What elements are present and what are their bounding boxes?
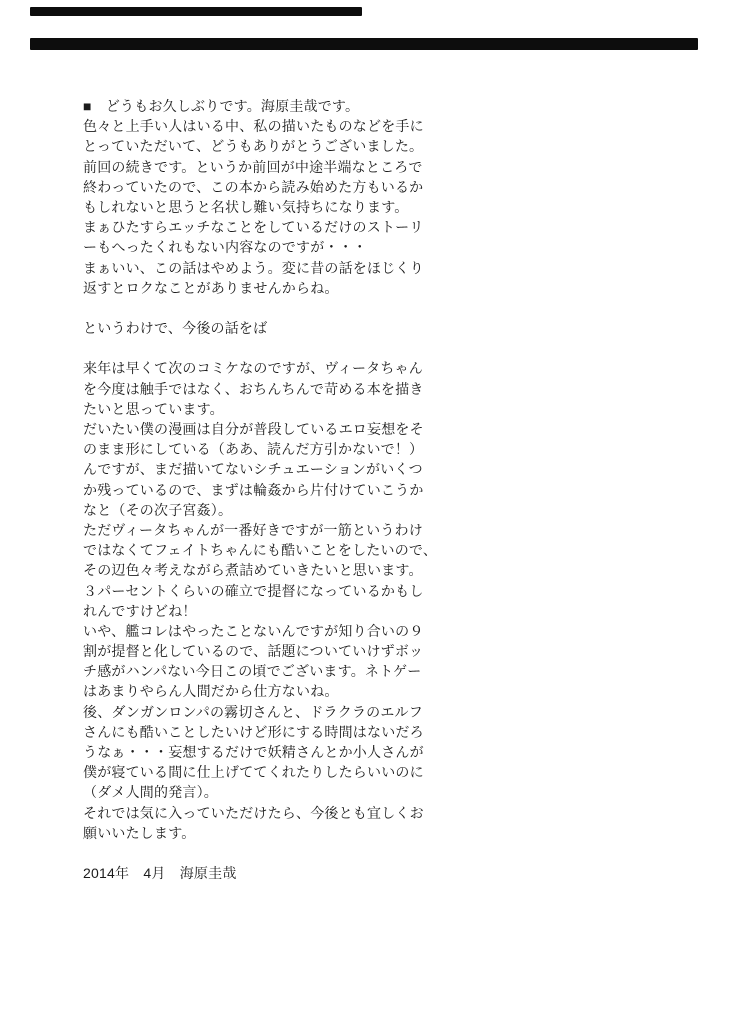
text-line bbox=[83, 298, 503, 318]
text-line: を今度は触手ではなく、おちんちんで苛める本を描き bbox=[83, 379, 503, 399]
text-line: ではなくてフェイトちゃんにも酷いことをしたいので、 bbox=[83, 540, 503, 560]
text-line: うなぁ・・・妄想するだけで妖精さんとか小人さんが bbox=[83, 742, 503, 762]
text-line: ３パーセントくらいの確立で提督になっているかもし bbox=[83, 581, 503, 601]
text-line: 返すとロクなことがありませんからね。 bbox=[83, 278, 503, 298]
text-line: その辺色々考えながら煮詰めていきたいと思います。 bbox=[83, 560, 503, 580]
text-line: か残っているので、まずは輪姦から片付けていこうか bbox=[83, 480, 503, 500]
text-line: というわけで、今後の話をば bbox=[83, 318, 503, 338]
text-line: チ感がハンパない今日この頃でございます。ネトゲー bbox=[83, 661, 503, 681]
text-line: 2014年 4月 海原圭哉 bbox=[83, 863, 503, 883]
text-line: ■ どうもお久しぶりです。海原圭哉です。 bbox=[83, 96, 503, 116]
text-line: れんですけどね！ bbox=[83, 601, 503, 621]
text-line: 後、ダンガンロンパの霧切さんと、ドラクラのエルフ bbox=[83, 702, 503, 722]
afterword-page: ■ どうもお久しぶりです。海原圭哉です。色々と上手い人はいる中、私の描いたものな… bbox=[0, 0, 732, 1024]
text-line: 割が提督と化しているので、話題についていけずボッ bbox=[83, 641, 503, 661]
text-line: それでは気に入っていただけたら、今後とも宜しくお bbox=[83, 803, 503, 823]
text-line: はあまりやらん人間だから仕方ないね。 bbox=[83, 681, 503, 701]
scan-artifact-bar-short bbox=[30, 7, 362, 16]
text-line: まぁいい、この話はやめよう。変に昔の話をほじくり bbox=[83, 258, 503, 278]
text-line: なと（その次子宮姦）。 bbox=[83, 500, 503, 520]
text-line: 僕が寝ている間に仕上げててくれたりしたらいいのに bbox=[83, 762, 503, 782]
text-line: まぁひたすらエッチなことをしているだけのストーリ bbox=[83, 217, 503, 237]
text-line: いや、艦コレはやったことないんですが知り合いの９ bbox=[83, 621, 503, 641]
text-line: んですが、まだ描いてないシチュエーションがいくつ bbox=[83, 459, 503, 479]
text-line bbox=[83, 338, 503, 358]
text-line: ただヴィータちゃんが一番好きですが一筋というわけ bbox=[83, 520, 503, 540]
text-line: もしれないと思うと名状し難い気持ちになります。 bbox=[83, 197, 503, 217]
text-line: とっていただいて、どうもありがとうございました。 bbox=[83, 136, 503, 156]
afterword-text: ■ どうもお久しぶりです。海原圭哉です。色々と上手い人はいる中、私の描いたものな… bbox=[83, 96, 503, 883]
text-line: （ダメ人間的発言）。 bbox=[83, 782, 503, 802]
text-line: のまま形にしている（ああ、読んだ方引かないで！） bbox=[83, 439, 503, 459]
text-line: ーもへったくれもない内容なのですが・・・ bbox=[83, 237, 503, 257]
text-line: 願いいたします。 bbox=[83, 823, 503, 843]
text-line bbox=[83, 843, 503, 863]
scan-artifact-bar-long bbox=[30, 38, 698, 50]
text-line: 終わっていたので、この本から読み始めた方もいるか bbox=[83, 177, 503, 197]
text-line: だいたい僕の漫画は自分が普段しているエロ妄想をそ bbox=[83, 419, 503, 439]
text-line: 色々と上手い人はいる中、私の描いたものなどを手に bbox=[83, 116, 503, 136]
text-line: たいと思っています。 bbox=[83, 399, 503, 419]
text-line: さんにも酷いことしたいけど形にする時間はないだろ bbox=[83, 722, 503, 742]
text-line: 来年は早くて次のコミケなのですが、ヴィータちゃん bbox=[83, 358, 503, 378]
text-line: 前回の続きです。というか前回が中途半端なところで bbox=[83, 157, 503, 177]
